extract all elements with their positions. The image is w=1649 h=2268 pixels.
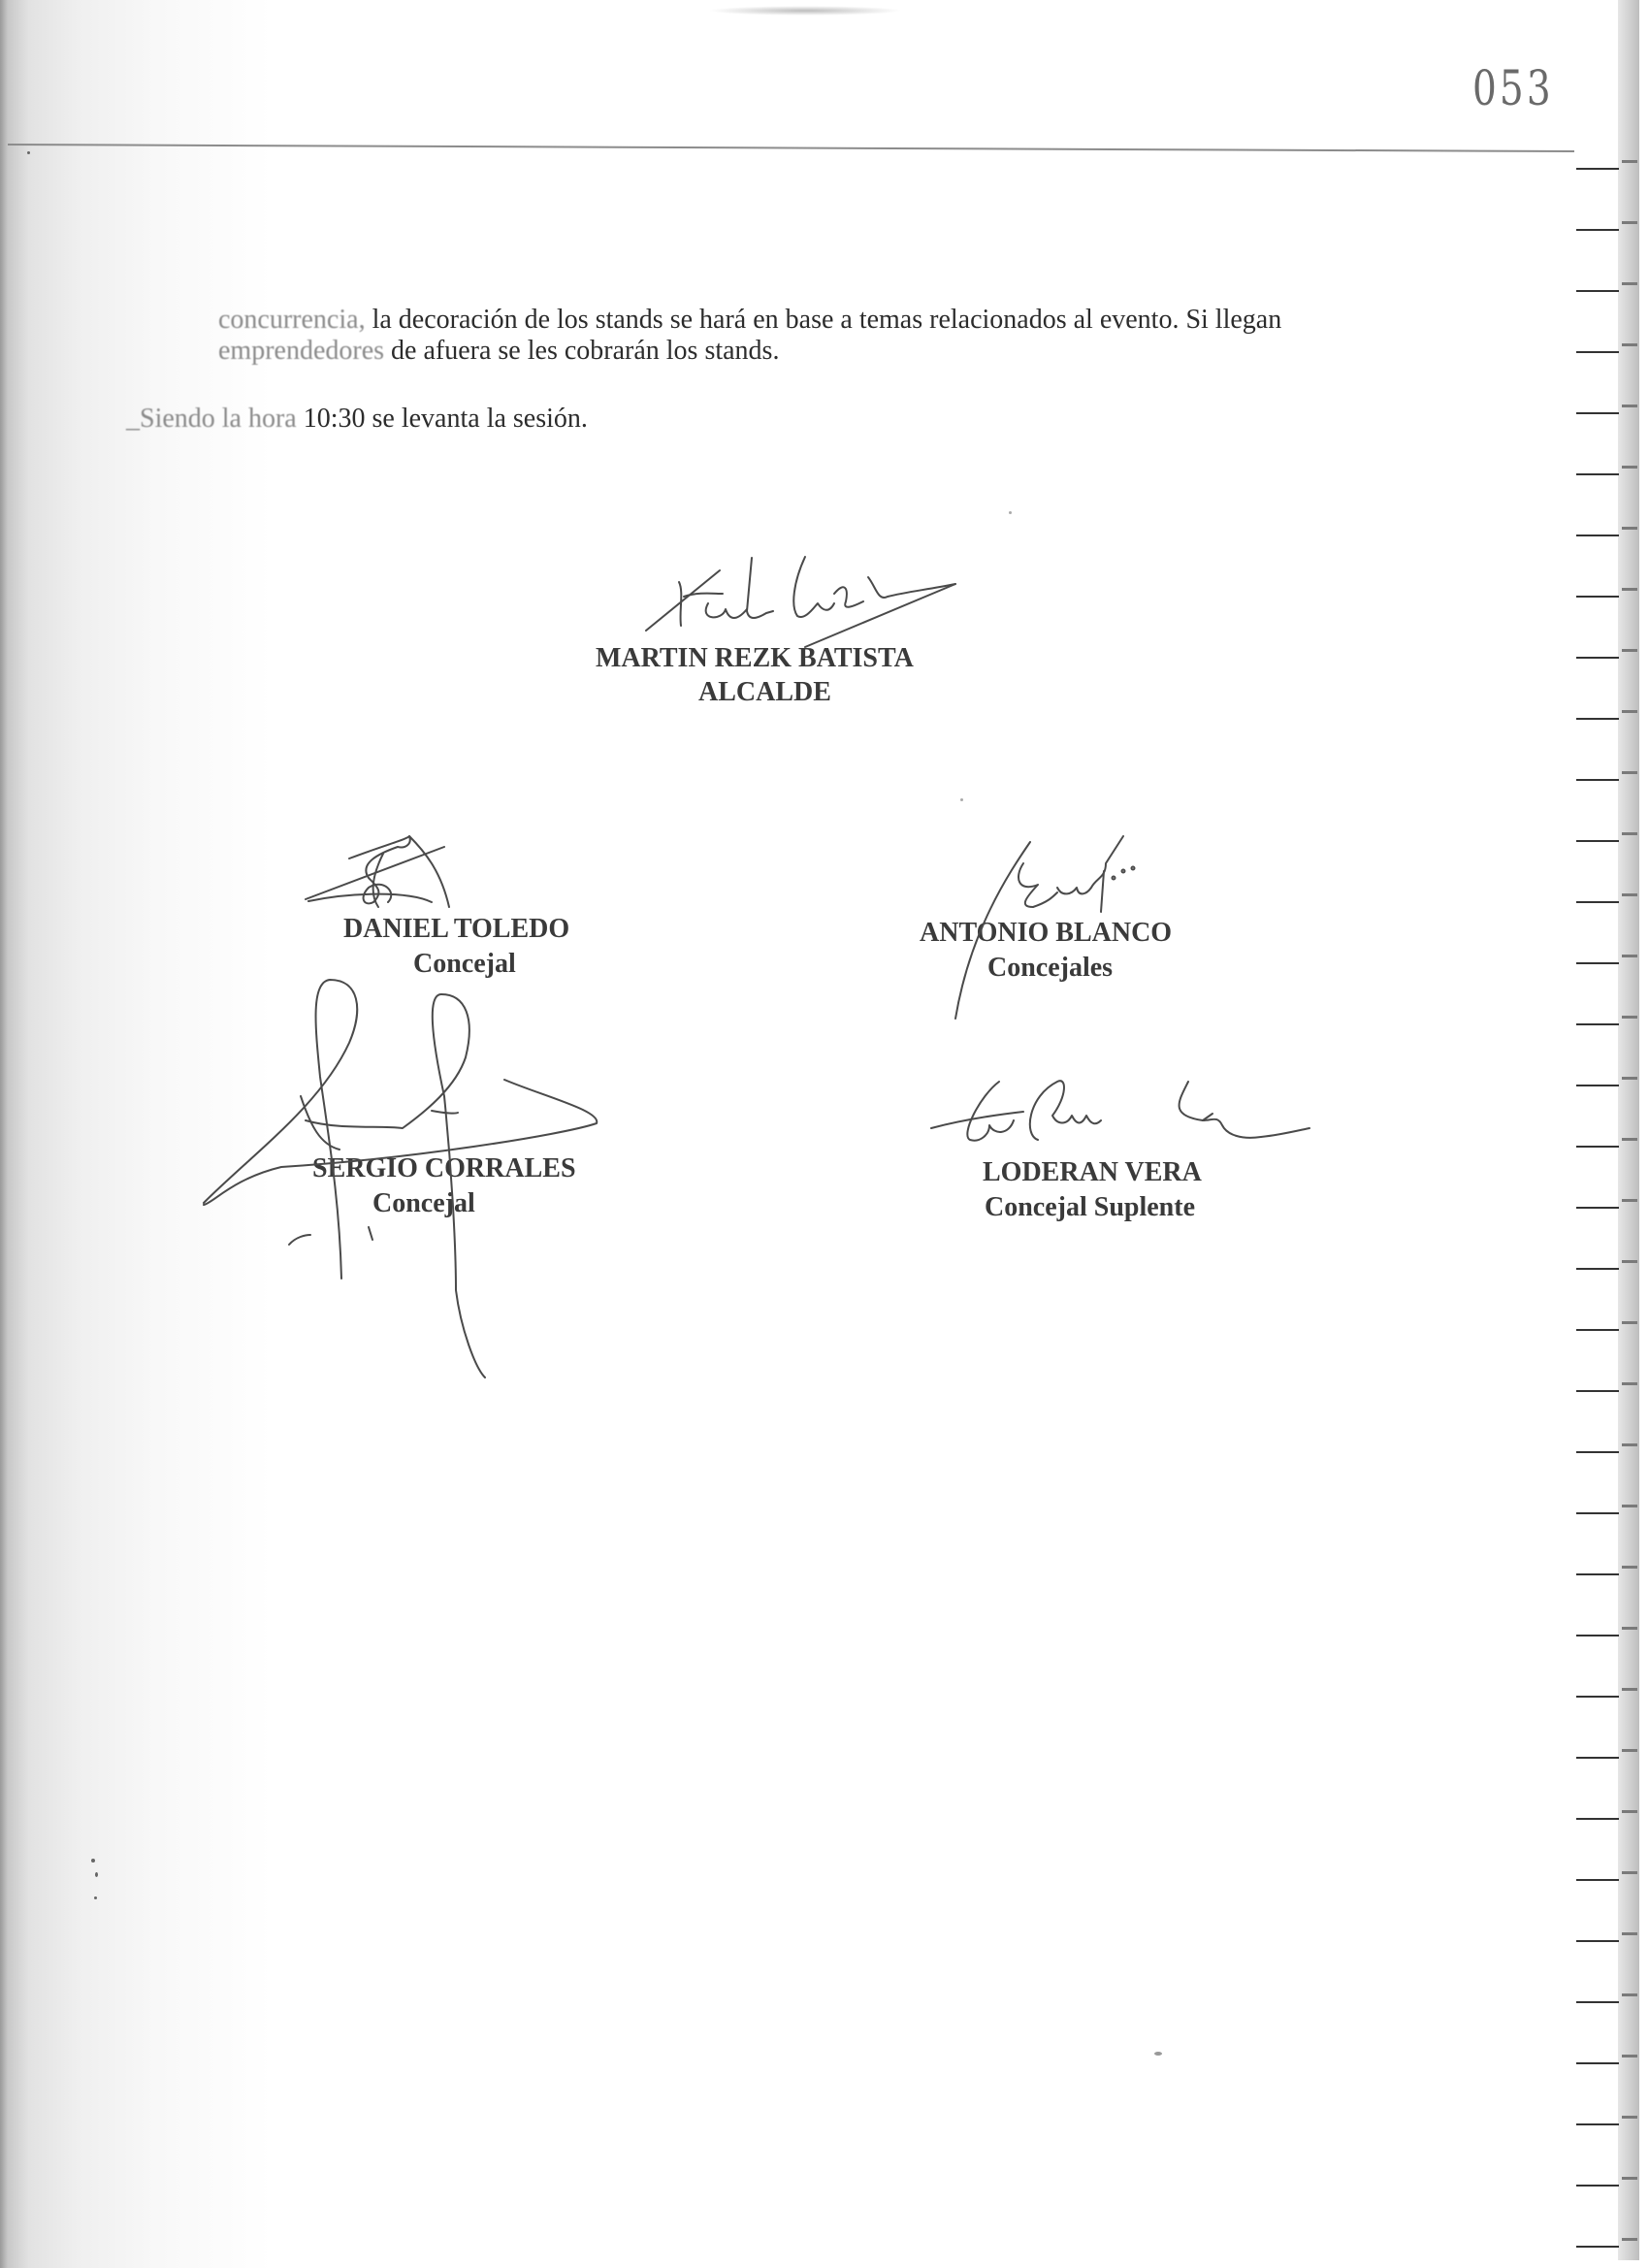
scan-speck <box>95 1872 98 1877</box>
handwritten-signatures <box>0 0 1649 2268</box>
scan-speck <box>91 1859 95 1863</box>
signature-loderan-vera <box>931 1081 1309 1140</box>
signature-daniel-toledo <box>306 836 449 907</box>
scan-speck <box>1154 2052 1162 2056</box>
signature-sergio-corrales <box>204 980 597 1377</box>
signature-antonio-blanco <box>955 836 1135 1019</box>
scan-speck <box>1009 511 1012 514</box>
signature-martin-rezk <box>646 557 955 647</box>
scan-speck <box>94 1896 97 1899</box>
scan-speck <box>27 151 30 154</box>
scan-speck <box>960 798 963 801</box>
